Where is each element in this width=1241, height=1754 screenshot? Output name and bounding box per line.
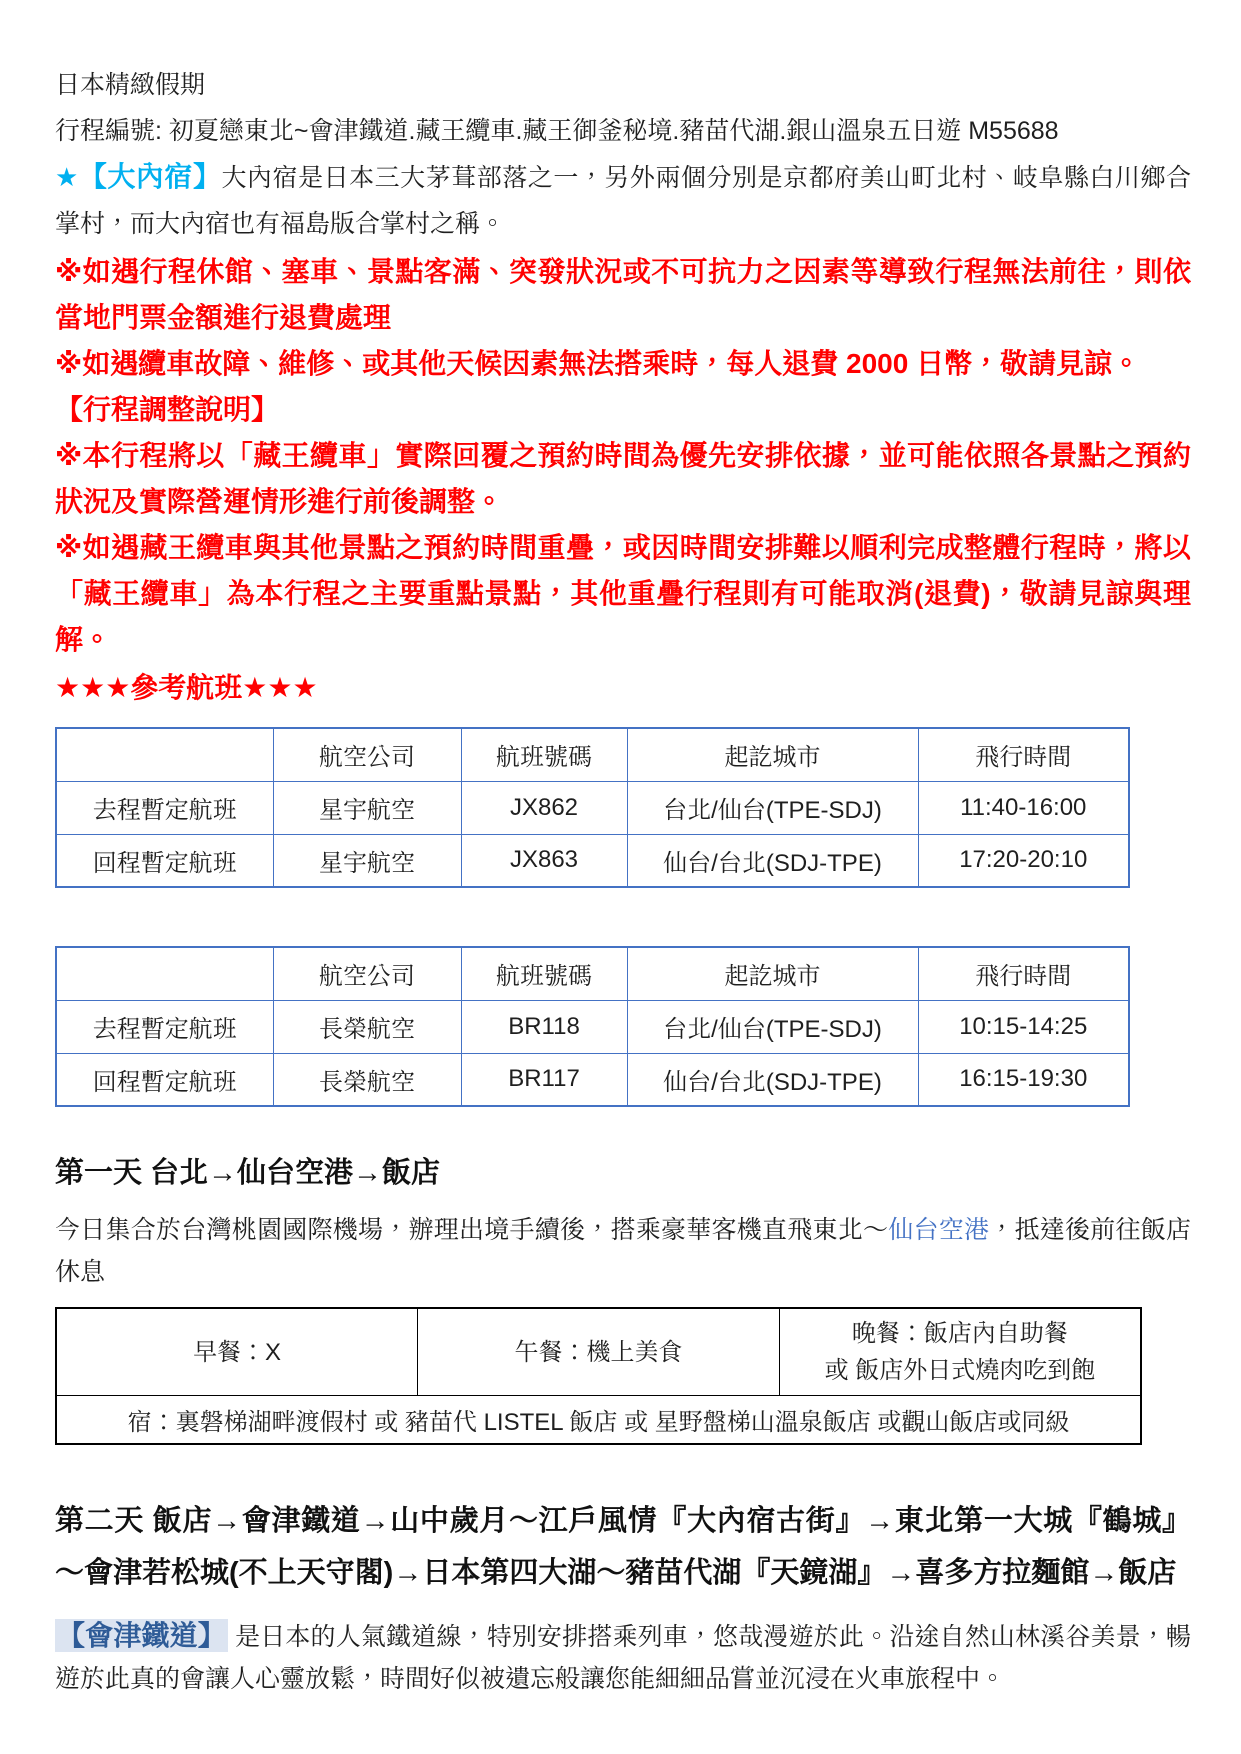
dinner-line-2: 或 飯店外日式燒肉吃到飽 [788,1352,1132,1389]
day1-text-before: 今日集合於台灣桃園國際機場，辦理出境手續後，搭乘豪華客機直飛東北～ [55,1216,888,1244]
table-cell: 回程暫定航班 [56,834,273,887]
notice-ropeway-refund: ※如遇纜車故障、維修、或其他天候因素無法搭乘時，每人退費 2000 日幣，敬請見… [55,341,1191,387]
column-header-route: 起訖城市 [627,728,918,781]
column-header-airline: 航空公司 [273,947,461,1000]
table-cell: JX863 [461,834,627,887]
table-row-return: 回程暫定航班 星宇航空 JX863 仙台/台北(SDJ-TPE) 17:20-2… [56,834,1129,887]
flight-table-starlux: 航空公司 航班號碼 起訖城市 飛行時間 去程暫定航班 星宇航空 JX862 台北… [55,727,1130,888]
document-page: 日本精緻假期 行程編號: 初夏戀東北~會津鐵道.藏王纜車.藏王御釜秘境.豬苗代湖… [0,0,1241,1754]
hotel-cell: 宿：裏磐梯湖畔渡假村 或 豬苗代 LISTEL 飯店 或 星野盤梯山溫泉飯店 或… [56,1396,1141,1445]
table-cell: 去程暫定航班 [56,1000,273,1053]
column-header-duration: 飛行時間 [918,947,1129,1000]
table-cell: 去程暫定航班 [56,781,273,834]
table-cell: 台北/仙台(TPE-SDJ) [627,781,918,834]
table-row-outbound: 去程暫定航班 長榮航空 BR118 台北/仙台(TPE-SDJ) 10:15-1… [56,1000,1129,1053]
table-cell: 星宇航空 [273,834,461,887]
column-header-duration: 飛行時間 [918,728,1129,781]
hotel-row: 宿：裏磐梯湖畔渡假村 或 豬苗代 LISTEL 飯店 或 星野盤梯山溫泉飯店 或… [56,1396,1141,1445]
table-cell: 星宇航空 [273,781,461,834]
column-header-flightno: 航班號碼 [461,947,627,1000]
table-cell: 台北/仙台(TPE-SDJ) [627,1000,918,1053]
reference-flights-heading: ★★★參考航班★★★ [55,665,1191,711]
aizu-railway-label: 【會津鐵道】 [55,1619,228,1652]
table-cell: 16:15-19:30 [918,1053,1129,1106]
highlight-paragraph: ★【大內宿】大內宿是日本三大茅葺部落之一，另外兩個分別是京都府美山町北村、岐阜縣… [55,154,1191,247]
day1-heading: 第一天 台北→仙台空港→飯店 [55,1147,1191,1199]
dinner-cell: 晚餐：飯店內自助餐 或 飯店外日式燒肉吃到飽 [779,1308,1141,1396]
notice-reservation-priority: ※本行程將以「藏王纜車」實際回覆之預約時間為優先安排依據，並可能依照各景點之預約… [55,433,1191,525]
column-header-airline: 航空公司 [273,728,461,781]
table-header-row: 航空公司 航班號碼 起訖城市 飛行時間 [56,947,1129,1000]
notice-overlap-cancel: ※如遇藏王纜車與其他景點之預約時間重疊，或因時間安排難以順利完成整體行程時，將以… [55,525,1191,663]
highlight-text: 大內宿是日本三大茅葺部落之一，另外兩個分別是京都府美山町北村、岐阜縣白川鄉合掌村… [55,164,1191,238]
star-icon: ★ [55,162,79,192]
table-cell: JX862 [461,781,627,834]
itinerary-code: 行程編號: 初夏戀東北~會津鐵道.藏王纜車.藏王御釜秘境.豬苗代湖.銀山溫泉五日… [55,108,1191,154]
day1-paragraph: 今日集合於台灣桃園國際機場，辦理出境手續後，搭乘豪華客機直飛東北～仙台空港，抵達… [55,1209,1191,1293]
column-header-empty [56,728,273,781]
table-cell: 10:15-14:25 [918,1000,1129,1053]
meals-row: 早餐：X 午餐：機上美食 晚餐：飯店內自助餐 或 飯店外日式燒肉吃到飽 [56,1308,1141,1396]
table-cell: 仙台/台北(SDJ-TPE) [627,834,918,887]
table-cell: BR118 [461,1000,627,1053]
table-row-outbound: 去程暫定航班 星宇航空 JX862 台北/仙台(TPE-SDJ) 11:40-1… [56,781,1129,834]
table-cell: 11:40-16:00 [918,781,1129,834]
page-title: 日本精緻假期 [55,62,1191,108]
notice-adjust-heading: 【行程調整說明】 [55,387,1191,433]
column-header-empty [56,947,273,1000]
table-header-row: 航空公司 航班號碼 起訖城市 飛行時間 [56,728,1129,781]
notice-refund-policy: ※如遇行程休館、塞車、景點客滿、突發狀況或不可抗力之因素等導致行程無法前往，則依… [55,249,1191,341]
notice-section: ※如遇行程休館、塞車、景點客滿、突發狀況或不可抗力之因素等導致行程無法前往，則依… [55,249,1191,663]
highlight-label: 【大內宿】 [79,161,222,192]
table-cell: 17:20-20:10 [918,834,1129,887]
column-header-route: 起訖城市 [627,947,918,1000]
day2-section: 第二天 飯店→會津鐵道→山中歲月～江戶風情『大內宿古街』→東北第一大城『鶴城』～… [55,1495,1191,1700]
day2-heading: 第二天 飯店→會津鐵道→山中歲月～江戶風情『大內宿古街』→東北第一大城『鶴城』～… [55,1495,1191,1599]
table-cell: 仙台/台北(SDJ-TPE) [627,1053,918,1106]
day1-meal-table: 早餐：X 午餐：機上美食 晚餐：飯店內自助餐 或 飯店外日式燒肉吃到飽 宿：裏磐… [55,1307,1142,1445]
table-cell: 回程暫定航班 [56,1053,273,1106]
flight-table-eva: 航空公司 航班號碼 起訖城市 飛行時間 去程暫定航班 長榮航空 BR118 台北… [55,946,1130,1107]
table-cell: BR117 [461,1053,627,1106]
table-cell: 長榮航空 [273,1000,461,1053]
table-row-return: 回程暫定航班 長榮航空 BR117 仙台/台北(SDJ-TPE) 16:15-1… [56,1053,1129,1106]
lunch-cell: 午餐：機上美食 [418,1308,780,1396]
table-cell: 長榮航空 [273,1053,461,1106]
breakfast-cell: 早餐：X [56,1308,418,1396]
column-header-flightno: 航班號碼 [461,728,627,781]
day2-paragraph: 【會津鐵道】 是日本的人氣鐵道線，特別安排搭乘列車，悠哉漫遊於此。沿途自然山林溪… [55,1615,1191,1700]
sendai-airport-link[interactable]: 仙台空港 [888,1216,989,1244]
dinner-line-1: 晚餐：飯店內自助餐 [788,1315,1132,1352]
